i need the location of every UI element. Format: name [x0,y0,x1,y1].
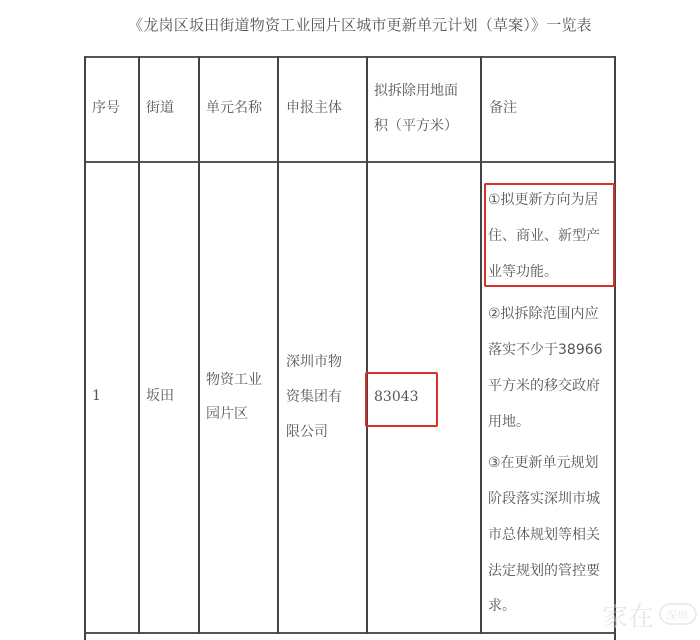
table-header-divider [84,161,616,163]
header-applicant: 申报主体 [286,90,342,126]
row-unit-name-line1: 物资工业 [206,362,262,398]
table-border-right [614,56,616,640]
row-index: 1 [92,378,101,414]
table-border-left [84,56,86,640]
header-unit-name: 单元名称 [206,90,262,126]
watermark-logo: 家在 深圳 [600,592,700,640]
remark-2-line3: 平方米的移交政府 [488,368,600,404]
svg-text:深圳: 深圳 [666,608,688,622]
remark-3-line4: 法定规划的管控要 [488,553,600,589]
row-applicant-line1: 深圳市物 [286,344,342,380]
svg-text:家在: 家在 [602,603,654,633]
highlight-box-remark-1 [484,183,615,287]
row-applicant-line2: 资集团有 [286,379,342,415]
remark-2-line4: 用地。 [488,404,530,440]
remark-2-line2: 落实不少于38966 [488,332,603,368]
highlight-box-area [365,372,438,427]
row-applicant-line3: 限公司 [286,414,328,450]
header-street: 街道 [146,90,174,126]
remark-2-line1: ②拟拆除范围内应 [488,296,599,332]
header-area-line2: 积（平方米） [374,108,458,144]
remark-3-line3: 市总体规划等相关 [488,517,600,553]
column-divider [480,56,482,634]
column-divider [198,56,200,634]
header-index: 序号 [92,90,120,126]
row-street: 坂田 [146,378,174,414]
table-border-top [84,56,616,58]
remark-3-line2: 阶段落实深圳市城 [488,481,600,517]
column-divider [277,56,279,634]
header-area-line1: 拟拆除用地面 [374,73,458,109]
header-remarks: 备注 [489,90,517,126]
column-divider [366,56,368,634]
page-title: 《龙岗区坂田街道物资工业园片区城市更新单元计划（草案）》一览表 [0,14,700,35]
remark-3-line5: 求。 [488,588,516,624]
remark-3-line1: ③在更新单元规划 [488,445,599,481]
table-row-divider [84,632,616,634]
column-divider [138,56,140,634]
row-unit-name-line2: 园片区 [206,396,248,432]
